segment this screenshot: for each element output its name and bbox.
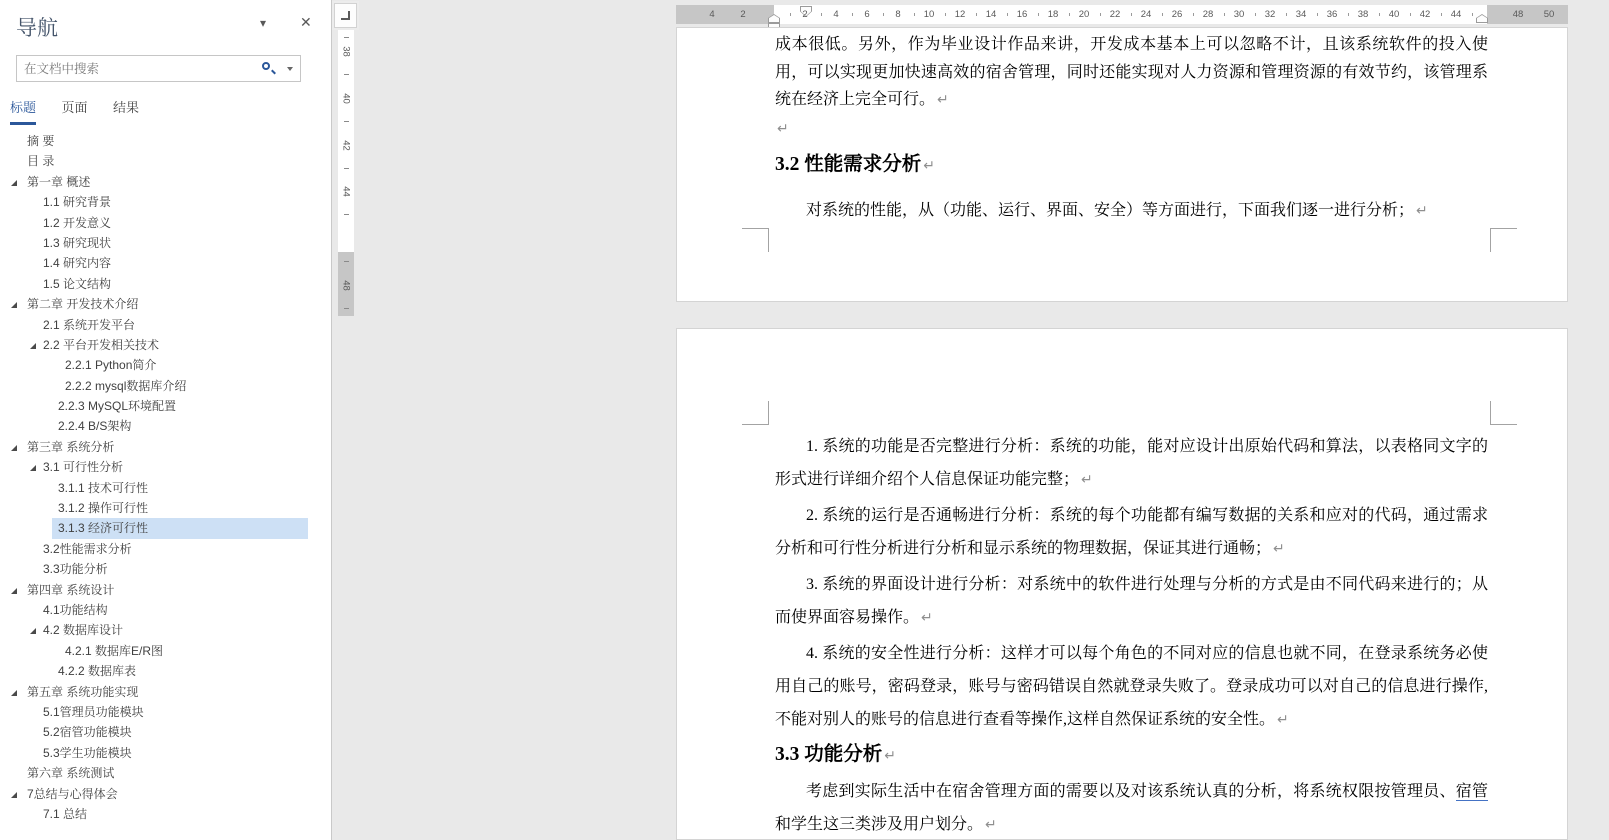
nav-heading-item[interactable]: 5.1管理员功能模块 <box>0 702 331 722</box>
tab-results[interactable]: 结果 <box>113 97 139 122</box>
search-icon-handle <box>271 70 276 75</box>
paragraph-mark: ↵ <box>884 749 896 764</box>
ruler-number: 48 <box>341 278 352 294</box>
document-page-1[interactable]: 成本很低。另外，作为毕业设计作品来讲，开发成本基本上可以忽略不计，且该系统软件的… <box>676 27 1568 302</box>
ruler-number: 38 <box>1358 5 1369 24</box>
ruler-tick <box>1379 13 1380 16</box>
close-icon[interactable]: ✕ <box>300 14 312 31</box>
nav-heading-item[interactable]: 第六章 系统测试 <box>0 763 331 783</box>
nav-heading-label: 3.1 可行性分析 <box>0 457 331 477</box>
ruler-number: 40 <box>341 90 352 106</box>
text-boundary-mark <box>742 228 769 252</box>
nav-heading-label: 3.1.2 操作可行性 <box>0 498 331 518</box>
right-indent-marker[interactable] <box>1476 14 1488 23</box>
ruler-number: 38 <box>341 44 352 60</box>
navigation-title: 导航 <box>16 12 58 42</box>
nav-heading-label: 1.4 研究内容 <box>0 253 331 273</box>
text-boundary-mark <box>1490 228 1517 252</box>
ruler-number: 14 <box>986 5 997 24</box>
ruler-number: 6 <box>864 5 869 24</box>
ruler-number: 30 <box>1234 5 1245 24</box>
nav-heading-label: 第二章 开发技术介绍 <box>0 294 331 314</box>
nav-heading-label: 2.2.4 B/S架构 <box>0 416 331 436</box>
nav-heading-label: 第四章 系统设计 <box>0 580 331 600</box>
nav-heading-label: 7总结与心得体会 <box>0 784 331 804</box>
ruler-tick <box>1472 13 1473 16</box>
ruler-number: 2 <box>802 5 807 24</box>
left-indent-marker[interactable] <box>768 14 780 23</box>
ruler-tick <box>914 13 915 16</box>
section-heading-3-2: 3.2 性能需求分析↵ <box>775 152 1488 180</box>
nav-heading-item[interactable]: 7总结与心得体会 <box>0 784 331 804</box>
nav-heading-label: 7.1 总结 <box>0 804 331 824</box>
ruler-number: 42 <box>341 137 352 153</box>
nav-heading-item[interactable]: 2.2 平台开发相关技术 <box>0 335 331 355</box>
text-boundary-mark <box>742 401 769 425</box>
ruler-tick <box>1069 13 1070 16</box>
paragraph: 1. 系统的功能是否完整进行分析：系统的功能，能对应设计出原始代码和算法，以表格… <box>775 430 1488 497</box>
paragraph: 3. 系统的界面设计进行分析：对系统中的软件进行处理与分析的方式是由不同代码来进… <box>775 568 1488 635</box>
nav-heading-item[interactable]: 3.2性能需求分析 <box>0 539 331 559</box>
nav-heading-label: 3.3功能分析 <box>0 559 331 579</box>
nav-heading-label: 2.2.3 MySQL环境配置 <box>0 396 331 416</box>
nav-heading-label: 5.3学生功能模块 <box>0 743 331 763</box>
paragraph-mark: ↵ <box>1416 204 1428 219</box>
nav-heading-label: 摘 要 <box>0 131 331 151</box>
search-box <box>16 55 301 82</box>
nav-heading-label: 2.2.2 mysql数据库介绍 <box>0 376 331 396</box>
empty-paragraph: ↵ <box>775 115 1488 143</box>
nav-heading-item[interactable]: 第二章 开发技术介绍 <box>0 294 331 314</box>
ruler-number: 18 <box>1048 5 1059 24</box>
nav-heading-label: 2.2.1 Python简介 <box>0 355 331 375</box>
paragraph: 考虑到实际生活中在宿舍管理方面的需要以及对该系统认真的分析，将系统权限按管理员、… <box>775 775 1488 840</box>
nav-heading-item[interactable]: 4.2 数据库设计 <box>0 620 331 640</box>
ruler-number: 48 <box>1513 5 1524 24</box>
nav-heading-item[interactable]: 3.1 可行性分析 <box>0 457 331 477</box>
ruler-tick <box>344 37 349 38</box>
ruler-number: 4 <box>709 5 714 24</box>
nav-heading-item[interactable]: 目 录 <box>0 151 331 171</box>
ruler-tick <box>976 13 977 16</box>
paragraph-mark: ↵ <box>1273 542 1285 557</box>
search-icon-glass <box>262 62 270 70</box>
nav-heading-label: 1.5 论文结构 <box>0 274 331 294</box>
ruler-tick <box>344 74 349 75</box>
ruler-number: 26 <box>1172 5 1183 24</box>
ruler-number: 4 <box>833 5 838 24</box>
nav-heading-label: 4.2 数据库设计 <box>0 620 331 640</box>
paragraph-mark: ↵ <box>937 93 949 108</box>
nav-heading-item[interactable]: 3.1.1 技术可行性 <box>0 478 331 498</box>
ruler-number: 24 <box>1141 5 1152 24</box>
nav-heading-item[interactable]: 1.4 研究内容 <box>0 253 331 273</box>
nav-heading-item[interactable]: 4.2.1 数据库E/R图 <box>0 641 331 661</box>
ruler-number: 8 <box>895 5 900 24</box>
ruler-tick <box>1038 13 1039 16</box>
nav-heading-label: 2.1 系统开发平台 <box>0 315 331 335</box>
nav-heading-label: 5.1管理员功能模块 <box>0 702 331 722</box>
ruler-tick <box>1131 13 1132 16</box>
ruler-number: 12 <box>955 5 966 24</box>
navigation-tabs: 标题 页面 结果 <box>10 97 160 124</box>
ruler-number: 42 <box>1420 5 1431 24</box>
page1-content: 成本很低。另外，作为毕业设计作品来讲，开发成本基本上可以忽略不计，且该系统软件的… <box>775 31 1488 226</box>
nav-heading-item[interactable]: 2.2.1 Python简介 <box>0 355 331 375</box>
nav-heading-item[interactable]: 4.1功能结构 <box>0 600 331 620</box>
tab-pages[interactable]: 页面 <box>61 97 87 122</box>
nav-heading-item[interactable]: 2.2.2 mysql数据库介绍 <box>0 376 331 396</box>
flagged-word: 宿管 <box>1456 783 1488 801</box>
tab-selector-button[interactable] <box>334 3 357 28</box>
ruler-tick <box>1007 13 1008 16</box>
ruler-tick <box>852 13 853 16</box>
search-input[interactable] <box>24 57 254 80</box>
ruler-tick <box>1317 13 1318 16</box>
ruler-tick <box>821 13 822 16</box>
paragraph: 4. 系统的安全性进行分析：这样才可以每个角色的不同对应的信息也就不同，在登录系… <box>775 637 1488 737</box>
paragraph-mark: ↵ <box>1277 713 1289 728</box>
ruler-number: 10 <box>924 5 935 24</box>
ruler-tick <box>1193 13 1194 16</box>
ruler-tick <box>1441 13 1442 16</box>
ruler-tick <box>883 13 884 16</box>
nav-heading-item[interactable]: 5.3学生功能模块 <box>0 743 331 763</box>
nav-heading-item[interactable]: 1.2 开发意义 <box>0 213 331 233</box>
paragraph-mark: ↵ <box>985 818 997 833</box>
ruler-number: 28 <box>1203 5 1214 24</box>
nav-heading-item[interactable]: 2.1 系统开发平台 <box>0 315 331 335</box>
ruler-tick <box>1224 13 1225 16</box>
nav-heading-item[interactable]: 7.1 总结 <box>0 804 331 824</box>
nav-heading-item[interactable]: 1.5 论文结构 <box>0 274 331 294</box>
ruler-tick <box>1162 13 1163 16</box>
chevron-down-icon[interactable]: ▾ <box>260 16 266 30</box>
vertical-ruler[interactable]: 3840424448 <box>338 30 354 316</box>
horizontal-ruler[interactable]: 4224681012141618202224262830323436384042… <box>676 5 1568 24</box>
ruler-number: 36 <box>1327 5 1338 24</box>
nav-heading-item[interactable]: 2.2.4 B/S架构 <box>0 416 331 436</box>
paragraph: 2. 系统的运行是否通畅进行分析：系统的每个功能都有编写数据的关系和应对的代码，… <box>775 499 1488 566</box>
nav-heading-label: 第一章 概述 <box>0 172 331 192</box>
nav-heading-item[interactable]: 1.3 研究现状 <box>0 233 331 253</box>
ruler-tick <box>344 121 349 122</box>
navigation-pane: 导航 ▾ ✕ 标题 页面 结果 摘 要目 录第一章 概述1.1 研究背景1.2 … <box>0 0 332 840</box>
ruler-tick <box>790 13 791 16</box>
nav-heading-item[interactable]: 第四章 系统设计 <box>0 580 331 600</box>
paragraph-mark: ↵ <box>777 122 789 137</box>
nav-heading-label: 4.2.1 数据库E/R图 <box>0 641 331 661</box>
ruler-tick <box>1100 13 1101 16</box>
tab-headings[interactable]: 标题 <box>10 97 36 125</box>
nav-heading-item[interactable]: 4.2.2 数据库表 <box>0 661 331 681</box>
nav-heading-item[interactable]: 3.1.3 经济可行性 <box>0 518 331 538</box>
nav-heading-label: 1.3 研究现状 <box>0 233 331 253</box>
paragraph: 对系统的性能，从（功能、运行、界面、安全）等方面进行，下面我们逐一进行分析；↵ <box>775 197 1488 226</box>
nav-heading-label: 4.1功能结构 <box>0 600 331 620</box>
tab-stop-icon <box>341 11 350 20</box>
ruler-tick <box>344 308 349 309</box>
nav-heading-label: 4.2.2 数据库表 <box>0 661 331 681</box>
ruler-tick <box>1410 13 1411 16</box>
nav-heading-label: 第五章 系统功能实现 <box>0 682 331 702</box>
nav-heading-label: 5.2宿管功能模块 <box>0 722 331 742</box>
ruler-number: 22 <box>1110 5 1121 24</box>
nav-heading-label: 3.1.3 经济可行性 <box>0 518 331 538</box>
nav-heading-item[interactable]: 3.3功能分析 <box>0 559 331 579</box>
ruler-tick <box>344 168 349 169</box>
ruler-number: 50 <box>1544 5 1555 24</box>
nav-heading-label: 目 录 <box>0 151 331 171</box>
ruler-number: 40 <box>1389 5 1400 24</box>
search-icon[interactable] <box>261 61 276 76</box>
headings-tree: 摘 要目 录第一章 概述1.1 研究背景1.2 开发意义1.3 研究现状1.4 … <box>0 131 331 824</box>
nav-heading-item[interactable]: 摘 要 <box>0 131 331 151</box>
paragraph-mark: ↵ <box>1081 473 1093 488</box>
nav-heading-label: 3.2性能需求分析 <box>0 539 331 559</box>
nav-heading-label: 3.1.1 技术可行性 <box>0 478 331 498</box>
ruler-tick <box>1286 13 1287 16</box>
nav-heading-item[interactable]: 2.2.3 MySQL环境配置 <box>0 396 331 416</box>
paragraph-mark: ↵ <box>921 611 933 626</box>
nav-heading-label: 2.2 平台开发相关技术 <box>0 335 331 355</box>
nav-heading-label: 1.1 研究背景 <box>0 192 331 212</box>
ruler-tick <box>945 13 946 16</box>
nav-heading-item[interactable]: 3.1.2 操作可行性 <box>0 498 331 518</box>
navigation-header: 导航 ▾ ✕ <box>0 0 331 46</box>
ruler-number: 34 <box>1296 5 1307 24</box>
ruler-tick <box>344 261 349 262</box>
section-heading-3-3: 3.3 功能分析↵ <box>775 742 1488 770</box>
nav-heading-label: 第六章 系统测试 <box>0 763 331 783</box>
ruler-number: 2 <box>740 5 745 24</box>
text-boundary-mark <box>1490 401 1517 425</box>
ruler-number: 44 <box>1451 5 1462 24</box>
document-page-2[interactable]: 1. 系统的功能是否完整进行分析：系统的功能，能对应设计出原始代码和算法，以表格… <box>676 328 1568 840</box>
paragraph-mark: ↵ <box>923 159 935 174</box>
ruler-tick <box>344 214 349 215</box>
nav-heading-label: 1.2 开发意义 <box>0 213 331 233</box>
paragraph: 成本很低。另外，作为毕业设计作品来讲，开发成本基本上可以忽略不计，且该系统软件的… <box>775 31 1488 115</box>
nav-heading-item[interactable]: 1.1 研究背景 <box>0 192 331 212</box>
ruler-number: 32 <box>1265 5 1276 24</box>
ruler-tick <box>1255 13 1256 16</box>
nav-heading-item[interactable]: 5.2宿管功能模块 <box>0 722 331 742</box>
nav-heading-item[interactable]: 第三章 系统分析 <box>0 437 331 457</box>
nav-heading-item[interactable]: 第一章 概述 <box>0 172 331 192</box>
ruler-number: 44 <box>341 184 352 200</box>
search-options-chevron-icon[interactable] <box>287 67 293 71</box>
nav-heading-label: 第三章 系统分析 <box>0 437 331 457</box>
nav-heading-item[interactable]: 第五章 系统功能实现 <box>0 682 331 702</box>
ruler-tick <box>1348 13 1349 16</box>
page2-content: 1. 系统的功能是否完整进行分析：系统的功能，能对应设计出原始代码和算法，以表格… <box>775 430 1488 840</box>
ruler-number: 16 <box>1017 5 1028 24</box>
ruler-number: 20 <box>1079 5 1090 24</box>
